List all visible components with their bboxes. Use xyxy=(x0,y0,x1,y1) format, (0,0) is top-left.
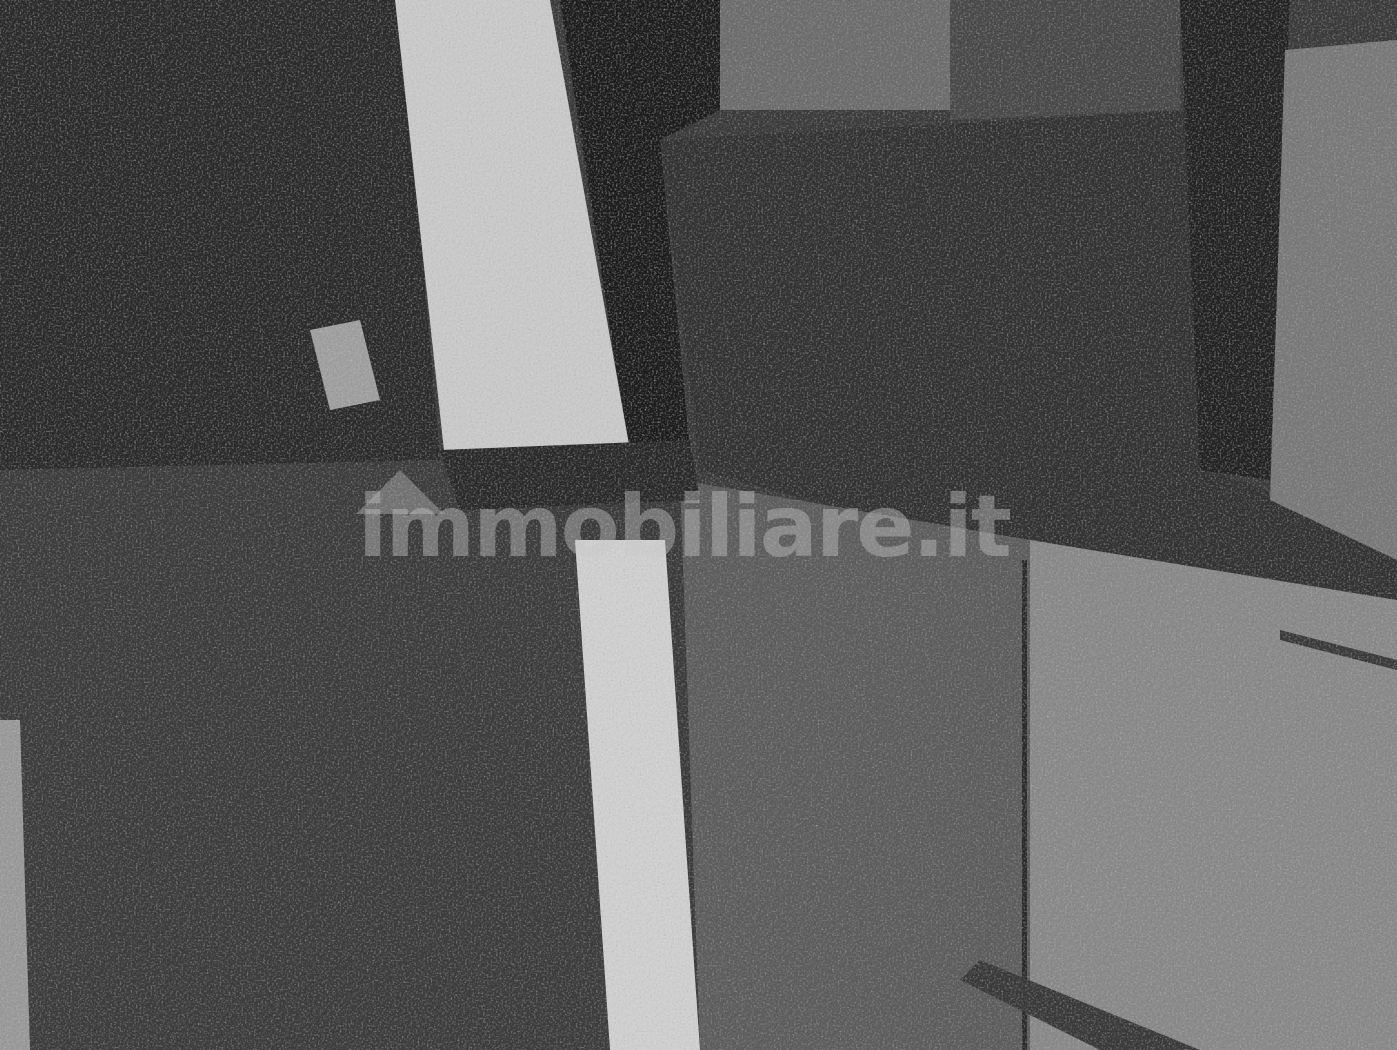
photo-canvas: immobiliare.it xyxy=(0,0,1397,1050)
photo-scene xyxy=(0,0,1397,1050)
